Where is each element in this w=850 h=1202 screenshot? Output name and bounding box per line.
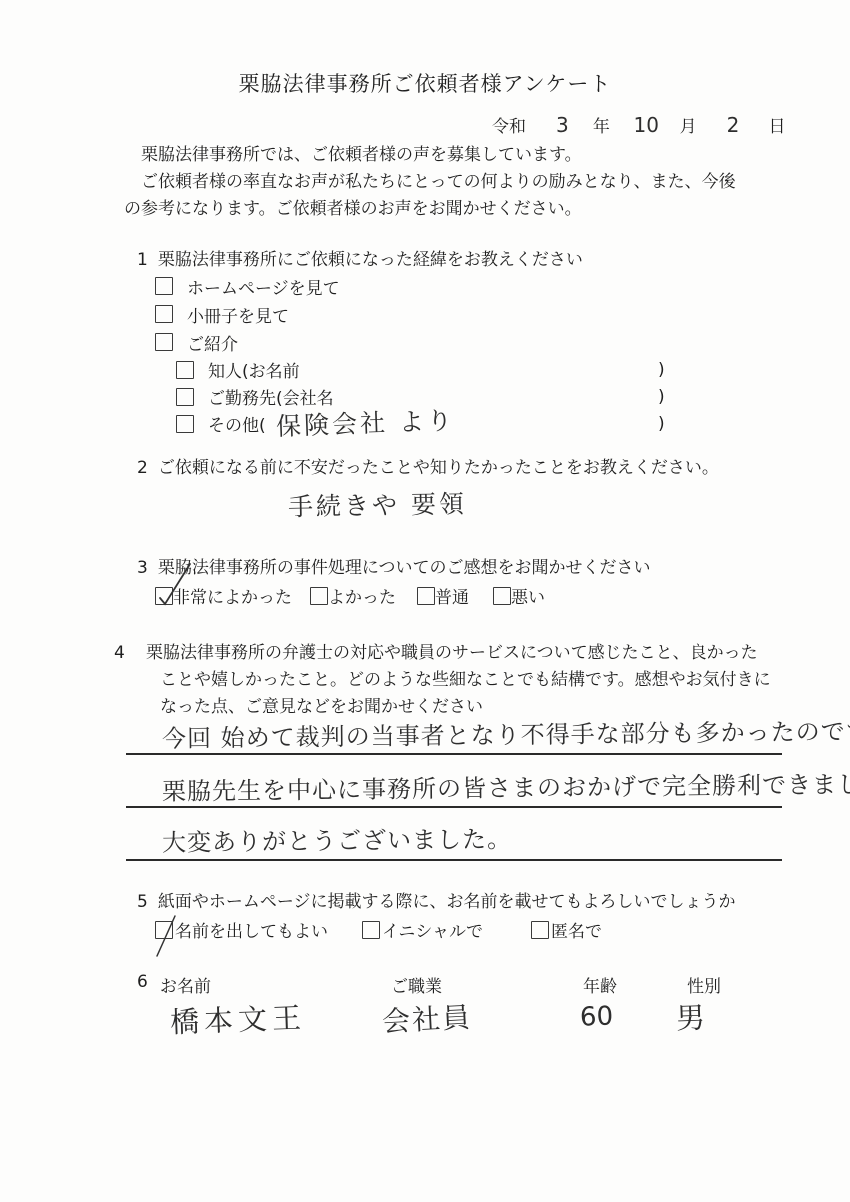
question-5: 5紙面やホームページに掲載する際に、お名前を載せてもよろしいでしょうか 名前を出…: [0, 890, 850, 942]
date-day-handwritten: 2: [716, 113, 750, 137]
close-paren: ): [658, 360, 665, 380]
checkbox-initials: [362, 921, 380, 939]
q5-options-row: 名前を出してもよい イニシャルで 匿名で: [0, 917, 850, 942]
question-5-heading: 5紙面やホームページに掲載する際に、お名前を載せてもよろしいでしょうか: [0, 890, 850, 914]
close-paren: ): [658, 387, 665, 407]
checkbox-good: [310, 587, 328, 605]
q6-age-label: 年齢: [583, 972, 617, 997]
question-2-heading: 2ご依頼になる前に不安だったことや知りたかったことをお教えください。: [0, 456, 850, 480]
question-4-text: 栗脇法律事務所の弁護士の対応や職員のサービスについて感じたこと、良かったことや嬉…: [146, 643, 771, 717]
checkbox-anonymous: [531, 921, 549, 939]
q3-option-good: よかった: [310, 583, 396, 608]
q4-answer-line-2: 栗脇先生を中心に事務所の皆さまのおかげで完全勝利できました: [126, 768, 782, 808]
q5-option-initials: イニシャルで: [362, 917, 483, 942]
q6-age-handwritten: 60: [579, 1001, 613, 1032]
question-2: 2ご依頼になる前に不安だったことや知りたかったことをお教えください。 手続きや …: [0, 456, 850, 546]
checkbox-excellent: [155, 587, 173, 605]
question-1-number: 1: [137, 248, 148, 272]
q1-option-booklet-label: 小冊子を見て: [187, 302, 289, 327]
q1-option-homepage-label: ホームページを見て: [187, 274, 340, 299]
q2-handwritten-answer: 手続きや 要領: [288, 484, 468, 523]
q4-handwritten-line-2: 栗脇先生を中心に事務所の皆さまのおかげで完全勝利できました: [162, 764, 850, 807]
q3-option-average-label: 普通: [435, 583, 469, 608]
question-3-text: 栗脇法律事務所の事件処理についてのご感想をお聞かせください: [158, 558, 651, 578]
question-1-heading: 1栗脇法律事務所にご依頼になった経緯をお教えください: [0, 248, 850, 272]
q1-sub-acquaintance-label: 知人(お名前: [208, 357, 300, 382]
q6-name-label: お名前: [160, 972, 211, 997]
q3-option-average: 普通: [417, 583, 469, 608]
intro-text: 栗脇法律事務所では、ご依頼者様の声を募集しています。 ご依頼者様の率直なお声が私…: [124, 142, 748, 223]
checkbox-workplace: [176, 388, 194, 406]
date-month-handwritten: 10: [629, 113, 663, 137]
q5-option-anonymous: 匿名で: [531, 917, 602, 942]
q6-occupation-label: ご職業: [391, 972, 442, 997]
checkbox-average: [417, 587, 435, 605]
question-3: 3栗脇法律事務所の事件処理についてのご感想をお聞かせください 非常によかった よ…: [0, 556, 850, 608]
question-1: 1栗脇法律事務所にご依頼になった経緯をお教えください ホームページを見て 小冊子…: [0, 248, 850, 437]
q4-answer-line-3: 大変ありがとうございました。: [126, 821, 782, 861]
question-5-text: 紙面やホームページに掲載する際に、お名前を載せてもよろしいでしょうか: [158, 892, 736, 912]
q6-occupation-handwritten: 会社員: [381, 996, 473, 1041]
date-year-handwritten: 3: [545, 113, 579, 137]
date-month-label: 月: [680, 112, 697, 137]
q1-other-handwritten-answer: 保険会社 より: [275, 400, 455, 442]
q1-sub-option-other: その他( 保険会社 より ): [0, 410, 850, 437]
checkbox-bad: [493, 587, 511, 605]
q6-gender-label: 性別: [687, 972, 721, 997]
q4-handwritten-line-1: 今回 始めて裁判の当事者となり不得手な部分も多かったのですが: [162, 711, 850, 754]
date-day-label: 日: [768, 112, 785, 137]
intro-paragraph-2: ご依頼者様の率直なお声が私たちにとっての何よりの励みとなり、また、今後の参考にな…: [124, 169, 748, 223]
q4-answer-line-1: 今回 始めて裁判の当事者となり不得手な部分も多かったのですが: [126, 715, 782, 755]
question-2-number: 2: [137, 456, 148, 480]
checkbox-acquaintance: [176, 361, 194, 379]
q6-gender-handwritten: 男: [675, 996, 705, 1038]
handwritten-check-icon: [154, 560, 194, 606]
question-2-text: ご依頼になる前に不安だったことや知りたかったことをお教えください。: [158, 458, 719, 478]
q3-option-excellent: 非常によかった: [155, 583, 292, 608]
q1-sub-other-label: その他(: [208, 411, 266, 436]
survey-page: 栗脇法律事務所ご依頼者様アンケート 令和 3 年 10 月 2 日 栗脇法律事務…: [0, 0, 850, 1202]
page-title: 栗脇法律事務所ご依頼者様アンケート: [0, 68, 850, 98]
question-3-heading: 3栗脇法律事務所の事件処理についてのご感想をお聞かせください: [0, 556, 850, 580]
date-line: 令和 3 年 10 月 2 日: [492, 112, 785, 137]
question-4-heading: 4栗脇法律事務所の弁護士の対応や職員のサービスについて感じたこと、良かったことや…: [0, 640, 772, 721]
q1-sub-option-acquaintance: 知人(お名前 ): [0, 356, 850, 383]
q5-option-real-name-label: 名前を出してもよい: [175, 917, 328, 942]
q1-option-referral: ご紹介: [0, 328, 850, 356]
q1-option-homepage: ホームページを見て: [0, 272, 850, 300]
q6-name-handwritten: 橋本文王: [169, 996, 306, 1042]
checkbox-referral: [155, 333, 173, 351]
q3-option-bad-label: 悪い: [511, 583, 545, 608]
checkbox-homepage: [155, 277, 173, 295]
checkbox-booklet: [155, 305, 173, 323]
q5-option-initials-label: イニシャルで: [382, 917, 483, 942]
question-1-text: 栗脇法律事務所にご依頼になった経緯をお教えください: [158, 250, 583, 270]
date-era-label: 令和: [492, 112, 526, 137]
question-5-number: 5: [137, 890, 148, 914]
q4-handwritten-line-3: 大変ありがとうございました。: [162, 819, 512, 858]
question-6: 6 お名前 ご職業 年齢 性別 橋本文王 会社員 60 男: [0, 972, 850, 1062]
close-paren: ): [658, 414, 665, 434]
q3-option-bad: 悪い: [493, 583, 545, 608]
checkbox-other: [176, 415, 194, 433]
q3-option-good-label: よかった: [328, 583, 396, 608]
question-4: 4栗脇法律事務所の弁護士の対応や職員のサービスについて感じたこと、良かったことや…: [0, 640, 850, 721]
handwritten-slash-icon: [153, 914, 179, 958]
q5-option-anonymous-label: 匿名で: [551, 917, 602, 942]
date-year-label: 年: [593, 112, 610, 137]
intro-paragraph-1: 栗脇法律事務所では、ご依頼者様の声を募集しています。: [124, 142, 748, 169]
q5-option-real-name: 名前を出してもよい: [155, 917, 328, 942]
question-6-number: 6: [137, 972, 148, 992]
question-3-number: 3: [137, 556, 148, 580]
q3-options-row: 非常によかった よかった 普通 悪い: [0, 583, 850, 608]
q1-option-booklet: 小冊子を見て: [0, 300, 850, 328]
q1-option-referral-label: ご紹介: [187, 330, 238, 355]
checkbox-real-name: [155, 921, 173, 939]
